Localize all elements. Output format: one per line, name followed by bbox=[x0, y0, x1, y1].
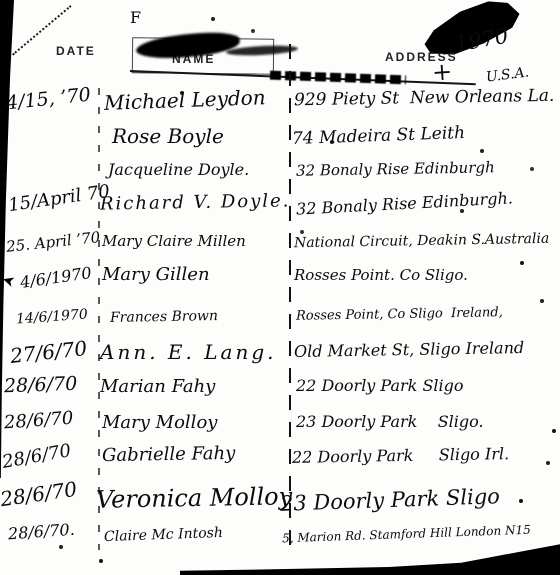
entry-date: 27/6/70 bbox=[9, 338, 88, 366]
entry-name: Mary Gillen bbox=[102, 266, 210, 284]
entry-name: Mary Molloy bbox=[102, 414, 217, 432]
scanned-register-page: { "header": { "date_label": "DATE", "nam… bbox=[0, 0, 560, 575]
entry-address: 74 Madeira St Leith bbox=[292, 125, 466, 148]
date-column-header: DATE bbox=[56, 44, 96, 58]
entry-name: Jacqueline Doyle. bbox=[108, 162, 249, 178]
entry-address: National Circuit, Deakin S.Australia bbox=[294, 232, 549, 250]
entry-address: 22 Doorly Park Sligo bbox=[296, 378, 464, 394]
entry-name: Gabrielle Fahy bbox=[102, 445, 236, 465]
entry-date: 28/6/70 bbox=[4, 375, 78, 397]
cross-mark: + bbox=[431, 57, 453, 86]
country-annotation: U.S.A. bbox=[485, 65, 529, 84]
entry-address: 23 Doorly Park Sligo. bbox=[296, 414, 484, 430]
entry-name: Ann. E. Lang. bbox=[100, 342, 276, 362]
entry-date: 25. April ’70 bbox=[5, 230, 101, 255]
entry-address: 32 Bonaly Rise Edinburgh bbox=[296, 160, 495, 178]
entry-date: 15/April 70 bbox=[7, 183, 111, 215]
entry-address: 23 Doorly Park Sligo bbox=[280, 486, 500, 515]
entry-date: 4/6/1970 bbox=[19, 265, 92, 291]
entry-address: 5, Marion Rd. Stamford Hill London N15 bbox=[282, 524, 531, 545]
entry-name: Michael Leydon bbox=[104, 87, 266, 113]
entry-address: 22 Doorly Park Sligo Irl. bbox=[292, 446, 509, 466]
entry-date: 28/6/70. bbox=[8, 522, 76, 543]
entry-address: 32 Bonaly Rise Edinburgh. bbox=[296, 190, 514, 217]
entry-name: Mary Claire Millen bbox=[102, 234, 246, 249]
entry-date: 28/6/70 bbox=[1, 442, 72, 472]
entry-date: 28/6/70 bbox=[3, 410, 73, 433]
entry-name: Marian Fahy bbox=[100, 378, 215, 396]
corner-pen-mark: F bbox=[130, 8, 141, 27]
scan-noise-speckles bbox=[0, 0, 2, 2]
entry-address: 929 Piety St New Orleans La. bbox=[294, 88, 555, 110]
entry-name: Claire Mc Intosh bbox=[104, 526, 223, 544]
entry-date: 4/15, ’70 bbox=[5, 86, 91, 114]
entry-name: Veronica Molloy bbox=[96, 484, 293, 511]
scan-edge-artifact-bottom bbox=[180, 540, 560, 575]
entry-name: Rose Boyle bbox=[112, 126, 224, 146]
date-name-separator bbox=[98, 88, 100, 550]
entry-name: Richard V. Doyle. bbox=[100, 192, 291, 213]
entry-date: 14/6/1970 bbox=[16, 308, 89, 327]
entry-address: Old Market St, Sligo Ireland bbox=[294, 340, 524, 360]
name-address-separator bbox=[289, 44, 291, 552]
entry-address: Rosses Point, Co Sligo Ireland, bbox=[296, 306, 503, 323]
entry-name: Frances Brown bbox=[110, 309, 218, 325]
entry-address: Rosses Point. Co Sligo. bbox=[294, 268, 468, 283]
entry-date: 28/6/70 bbox=[0, 479, 78, 510]
